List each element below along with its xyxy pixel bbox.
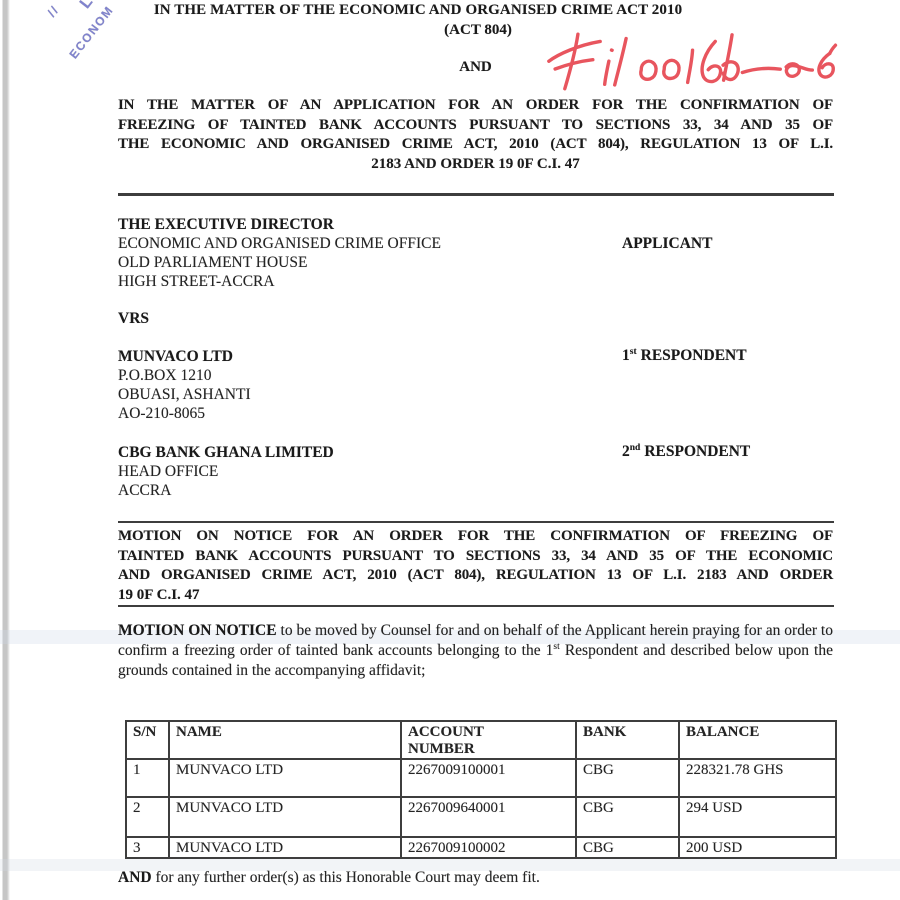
header-bank: BANK xyxy=(576,721,679,759)
scan-edge-artifact xyxy=(0,0,10,900)
respondent1-address: P.O.BOX 1210 xyxy=(118,366,251,385)
table-header-row: S/N NAME ACCOUNT NUMBER BANK BALANCE xyxy=(126,721,836,759)
respondent2-role-label: 2ndRESPONDENT xyxy=(622,443,750,461)
cell-bank: CBG xyxy=(576,837,679,858)
stamp-fragment: L xyxy=(77,0,98,13)
motion-heading: MOTION ON NOTICE FOR AN ORDER FOR THE CO… xyxy=(118,527,833,605)
stamp-fragment: // xyxy=(45,2,63,19)
respondent2-address: HEAD OFFICE xyxy=(118,462,334,481)
cell-name: MUNVACO LTD xyxy=(169,759,401,797)
motion-heading-line: TAINTED BANK ACCOUNTS PURSUANT TO SECTIO… xyxy=(118,547,833,567)
motion-heading-line: AND ORGANISED CRIME ACT, 2010 (ACT 804),… xyxy=(118,566,833,586)
scanned-court-document: // L ECONOM IN THE MATTER OF THE ECONOMI… xyxy=(0,0,900,900)
respondent1-role-word: RESPONDENT xyxy=(641,347,747,364)
caption-act-number: (ACT 804) xyxy=(444,22,512,38)
applicant-address: OLD PARLIAMENT HOUSE xyxy=(118,253,441,272)
respondent1-ordinal: 1 xyxy=(622,347,630,364)
motion-body-paragraph: MOTION ON NOTICE to be moved by Counsel … xyxy=(118,621,833,681)
accounts-table: S/N NAME ACCOUNT NUMBER BANK BALANCE 1 M… xyxy=(125,720,837,859)
caption-conjunction: AND xyxy=(459,59,492,75)
cell-account: 2267009100002 xyxy=(401,837,576,858)
horizontal-rule xyxy=(118,521,834,523)
cell-name: MUNVACO LTD xyxy=(169,797,401,837)
handwriting-strokes xyxy=(542,19,857,108)
closing-line: AND for any further order(s) as this Hon… xyxy=(118,869,540,887)
cell-balance: 228321.78 GHS xyxy=(679,759,836,797)
versus-label: VRS xyxy=(118,310,149,328)
table-row: 2 MUNVACO LTD 2267009640001 CBG 294 USD xyxy=(126,797,836,837)
respondent2-name: CBG BANK GHANA LIMITED xyxy=(118,443,334,462)
applicant-block: THE EXECUTIVE DIRECTOR ECONOMIC AND ORGA… xyxy=(118,215,441,291)
closing-lead: AND xyxy=(118,869,152,886)
cell-balance: 294 USD xyxy=(679,797,836,837)
motion-body-lead: MOTION ON NOTICE xyxy=(118,622,277,639)
applicant-address: HIGH STREET-ACCRA xyxy=(118,272,441,291)
horizontal-rule xyxy=(118,605,834,607)
closing-text: for any further order(s) as this Honorab… xyxy=(152,869,540,886)
header-account-number: ACCOUNT NUMBER xyxy=(401,721,576,759)
cell-account: 2267009100001 xyxy=(401,759,576,797)
header-account-number-text: ACCOUNT NUMBER xyxy=(408,724,500,758)
cell-bank: CBG xyxy=(576,759,679,797)
header-balance: BALANCE xyxy=(679,721,836,759)
cell-balance: 200 USD xyxy=(679,837,836,858)
motion-heading-line: 19 0F C.I. 47 xyxy=(118,586,833,606)
table-row: 3 MUNVACO LTD 2267009100002 CBG 200 USD xyxy=(126,837,836,858)
header-sn: S/N xyxy=(126,721,169,759)
cell-sn: 3 xyxy=(126,837,169,858)
respondent2-block: CBG BANK GHANA LIMITED HEAD OFFICE ACCRA xyxy=(118,443,334,500)
motion-heading-line: MOTION ON NOTICE FOR AN ORDER FOR THE CO… xyxy=(118,527,833,547)
caption-matter2-line: THE ECONOMIC AND ORGANISED CRIME ACT, 20… xyxy=(118,135,833,155)
respondent2-ordinal: 2 xyxy=(622,443,630,460)
cell-account: 2267009640001 xyxy=(401,797,576,837)
respondent2-ordinal-suffix: nd xyxy=(630,443,641,453)
cell-sn: 2 xyxy=(126,797,169,837)
document-body: IN THE MATTER OF THE ECONOMIC AND ORGANI… xyxy=(118,0,833,900)
handwritten-annotation xyxy=(542,19,857,108)
respondent2-address: ACCRA xyxy=(118,481,334,500)
cell-sn: 1 xyxy=(126,759,169,797)
caption-matter2-line: FREEZING OF TAINTED BANK ACCOUNTS PURSUA… xyxy=(118,116,833,136)
respondent1-ordinal-suffix: st xyxy=(630,347,637,357)
respondent1-address: OBUASI, ASHANTI xyxy=(118,385,251,404)
table-row: 1 MUNVACO LTD 2267009100001 CBG 228321.7… xyxy=(126,759,836,797)
horizontal-rule xyxy=(118,193,834,196)
cell-name: MUNVACO LTD xyxy=(169,837,401,858)
caption-matter2-line: 2183 AND ORDER 19 0F C.I. 47 xyxy=(118,155,833,175)
accounts-table-wrap: S/N NAME ACCOUNT NUMBER BANK BALANCE 1 M… xyxy=(125,720,837,859)
respondent1-address: AO-210-8065 xyxy=(118,404,251,423)
header-name: NAME xyxy=(169,721,401,759)
respondent2-role-word: RESPONDENT xyxy=(644,443,750,460)
applicant-role-label: APPLICANT xyxy=(622,235,712,253)
respondent1-block: MUNVACO LTD P.O.BOX 1210 OBUASI, ASHANTI… xyxy=(118,347,251,423)
applicant-name: THE EXECUTIVE DIRECTOR xyxy=(118,215,441,234)
caption-matter2-line: IN THE MATTER OF AN APPLICATION FOR AN O… xyxy=(118,96,833,116)
respondent1-role-label: 1stRESPONDENT xyxy=(622,347,747,365)
cell-bank: CBG xyxy=(576,797,679,837)
caption-act-title: IN THE MATTER OF THE ECONOMIC AND ORGANI… xyxy=(154,2,682,18)
applicant-address: ECONOMIC AND ORGANISED CRIME OFFICE xyxy=(118,234,441,253)
respondent1-name: MUNVACO LTD xyxy=(118,347,251,366)
